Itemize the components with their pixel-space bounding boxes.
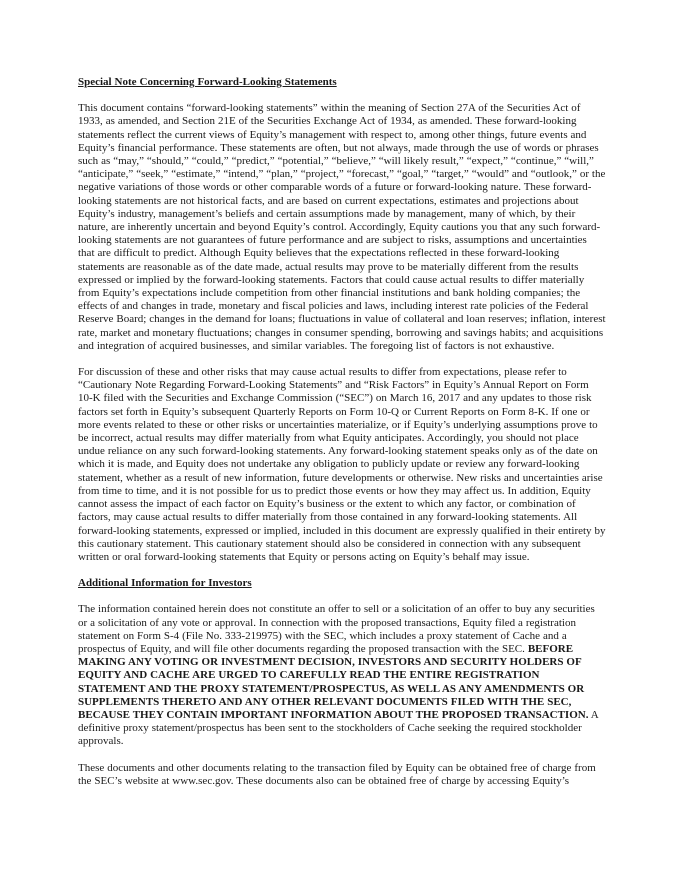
paragraph-risk-discussion: For discussion of these and other risks … — [78, 366, 606, 564]
heading-additional-information: Additional Information for Investors — [78, 577, 606, 590]
document-page: Special Note Concerning Forward-Looking … — [0, 0, 680, 880]
paragraph-additional-information: The information contained herein does no… — [78, 603, 606, 748]
additional-info-intro-text: The information contained herein does no… — [78, 603, 595, 655]
document-body: Special Note Concerning Forward-Looking … — [78, 76, 606, 788]
heading-special-note-forward-looking: Special Note Concerning Forward-Looking … — [78, 76, 606, 89]
paragraph-forward-looking-statements: This document contains “forward-looking … — [78, 102, 606, 353]
paragraph-documents-availability: These documents and other documents rela… — [78, 762, 606, 788]
